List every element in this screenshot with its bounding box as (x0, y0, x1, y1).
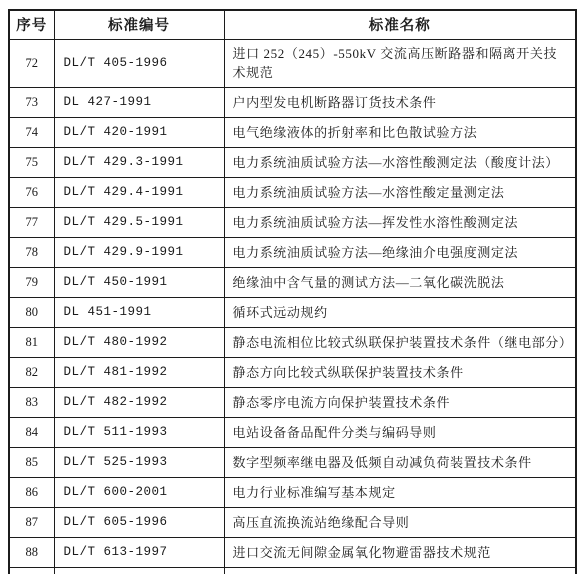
cell-seq-number: 79 (9, 267, 54, 297)
table-row: 84 DL/T 511-1993 电站设备备品配件分类与编码导则 (9, 417, 576, 447)
cell-seq-number: 80 (9, 297, 54, 327)
cell-standard-code: DL/T 405-1996 (54, 39, 224, 87)
cell-seq-number: 74 (9, 117, 54, 147)
cell-standard-code: DL/T 450-1991 (54, 267, 224, 297)
cell-standard-code: DL/T 429.9-1991 (54, 237, 224, 267)
cell-standard-code: DL 451-1991 (54, 297, 224, 327)
cell-standard-name (224, 567, 576, 574)
cell-standard-code: DL/T 613-1997 (54, 537, 224, 567)
cell-seq-number: 84 (9, 417, 54, 447)
cell-seq-number: 76 (9, 177, 54, 207)
table-row: 75 DL/T 429.3-1991 电力系统油质试验方法—水溶性酸测定法（酸度… (9, 147, 576, 177)
cell-seq-number: 75 (9, 147, 54, 177)
cell-standard-code: DL/T 429.3-1991 (54, 147, 224, 177)
cell-standard-name: 电力行业标准编写基本规定 (224, 477, 576, 507)
cell-seq-number (9, 567, 54, 574)
cell-standard-code: DL/T 429.5-1991 (54, 207, 224, 237)
cell-standard-name: 静态零序电流方向保护装置技术条件 (224, 387, 576, 417)
cell-standard-name: 静态方向比较式纵联保护装置技术条件 (224, 357, 576, 387)
cell-standard-name: 进口 252（245）-550kV 交流高压断路器和隔离开关技术规范 (224, 39, 576, 87)
cell-seq-number: 72 (9, 39, 54, 87)
cell-standard-name: 数字型频率继电器及低频自动减负荷装置技术条件 (224, 447, 576, 477)
header-row: 序号 标准编号 标准名称 (9, 10, 576, 39)
cell-standard-code: DL/T 605-1996 (54, 507, 224, 537)
cell-seq-number: 82 (9, 357, 54, 387)
cell-standard-code: DL/T 525-1993 (54, 447, 224, 477)
table-row: 79 DL/T 450-1991 绝缘油中含气量的测试方法—二氧化碳洗脱法 (9, 267, 576, 297)
table-row: 87 DL/T 605-1996 高压直流换流站绝缘配合导则 (9, 507, 576, 537)
cell-standard-code: DL/T 600-2001 (54, 477, 224, 507)
standards-table: 序号 标准编号 标准名称 72 DL/T 405-1996 进口 252（245… (8, 9, 577, 574)
cell-seq-number: 81 (9, 327, 54, 357)
cell-seq-number: 85 (9, 447, 54, 477)
cell-standard-name: 电力系统油质试验方法—绝缘油介电强度测定法 (224, 237, 576, 267)
cell-seq-number: 87 (9, 507, 54, 537)
cell-standard-name: 电站设备备品配件分类与编码导则 (224, 417, 576, 447)
cell-seq-number: 88 (9, 537, 54, 567)
cell-seq-number: 77 (9, 207, 54, 237)
cell-standard-name: 循环式远动规约 (224, 297, 576, 327)
partial-next-row (9, 567, 576, 574)
cell-standard-code: DL/T 480-1992 (54, 327, 224, 357)
table-row: 83 DL/T 482-1992 静态零序电流方向保护装置技术条件 (9, 387, 576, 417)
cell-standard-code: DL 427-1991 (54, 87, 224, 117)
document-page: 序号 标准编号 标准名称 72 DL/T 405-1996 进口 252（245… (8, 9, 577, 574)
cell-standard-code: DL/T 481-1992 (54, 357, 224, 387)
cell-standard-code: DL/T 482-1992 (54, 387, 224, 417)
cell-standard-name: 电力系统油质试验方法—水溶性酸定量测定法 (224, 177, 576, 207)
table-row: 78 DL/T 429.9-1991 电力系统油质试验方法—绝缘油介电强度测定法 (9, 237, 576, 267)
cell-seq-number: 73 (9, 87, 54, 117)
cell-seq-number: 86 (9, 477, 54, 507)
table-row: 88 DL/T 613-1997 进口交流无间隙金属氧化物避雷器技术规范 (9, 537, 576, 567)
table-row: 86 DL/T 600-2001 电力行业标准编写基本规定 (9, 477, 576, 507)
cell-standard-name: 电力系统油质试验方法—挥发性水溶性酸测定法 (224, 207, 576, 237)
table-row: 77 DL/T 429.5-1991 电力系统油质试验方法—挥发性水溶性酸测定法 (9, 207, 576, 237)
cell-standard-name: 高压直流换流站绝缘配合导则 (224, 507, 576, 537)
cell-standard-code (54, 567, 224, 574)
table-row: 73 DL 427-1991 户内型发电机断路器订货技术条件 (9, 87, 576, 117)
header-standard-code: 标准编号 (54, 10, 224, 39)
cell-standard-name: 电力系统油质试验方法—水溶性酸测定法（酸度计法） (224, 147, 576, 177)
cell-standard-name: 进口交流无间隙金属氧化物避雷器技术规范 (224, 537, 576, 567)
cell-standard-name: 户内型发电机断路器订货技术条件 (224, 87, 576, 117)
table-row: 80 DL 451-1991 循环式远动规约 (9, 297, 576, 327)
cell-standard-code: DL/T 511-1993 (54, 417, 224, 447)
table-row: 76 DL/T 429.4-1991 电力系统油质试验方法—水溶性酸定量测定法 (9, 177, 576, 207)
table-row: 72 DL/T 405-1996 进口 252（245）-550kV 交流高压断… (9, 39, 576, 87)
cell-standard-name: 静态电流相位比较式纵联保护装置技术条件（继电部分） (224, 327, 576, 357)
header-seq-number: 序号 (9, 10, 54, 39)
cell-standard-name: 绝缘油中含气量的测试方法—二氧化碳洗脱法 (224, 267, 576, 297)
cell-standard-code: DL/T 429.4-1991 (54, 177, 224, 207)
table-row: 81 DL/T 480-1992 静态电流相位比较式纵联保护装置技术条件（继电部… (9, 327, 576, 357)
cell-seq-number: 83 (9, 387, 54, 417)
table-body: 72 DL/T 405-1996 进口 252（245）-550kV 交流高压断… (9, 39, 576, 574)
cell-standard-name: 电气绝缘液体的折射率和比色散试验方法 (224, 117, 576, 147)
table-row: 85 DL/T 525-1993 数字型频率继电器及低频自动减负荷装置技术条件 (9, 447, 576, 477)
cell-seq-number: 78 (9, 237, 54, 267)
table-row: 82 DL/T 481-1992 静态方向比较式纵联保护装置技术条件 (9, 357, 576, 387)
header-standard-name: 标准名称 (224, 10, 576, 39)
table-row: 74 DL/T 420-1991 电气绝缘液体的折射率和比色散试验方法 (9, 117, 576, 147)
cell-standard-code: DL/T 420-1991 (54, 117, 224, 147)
